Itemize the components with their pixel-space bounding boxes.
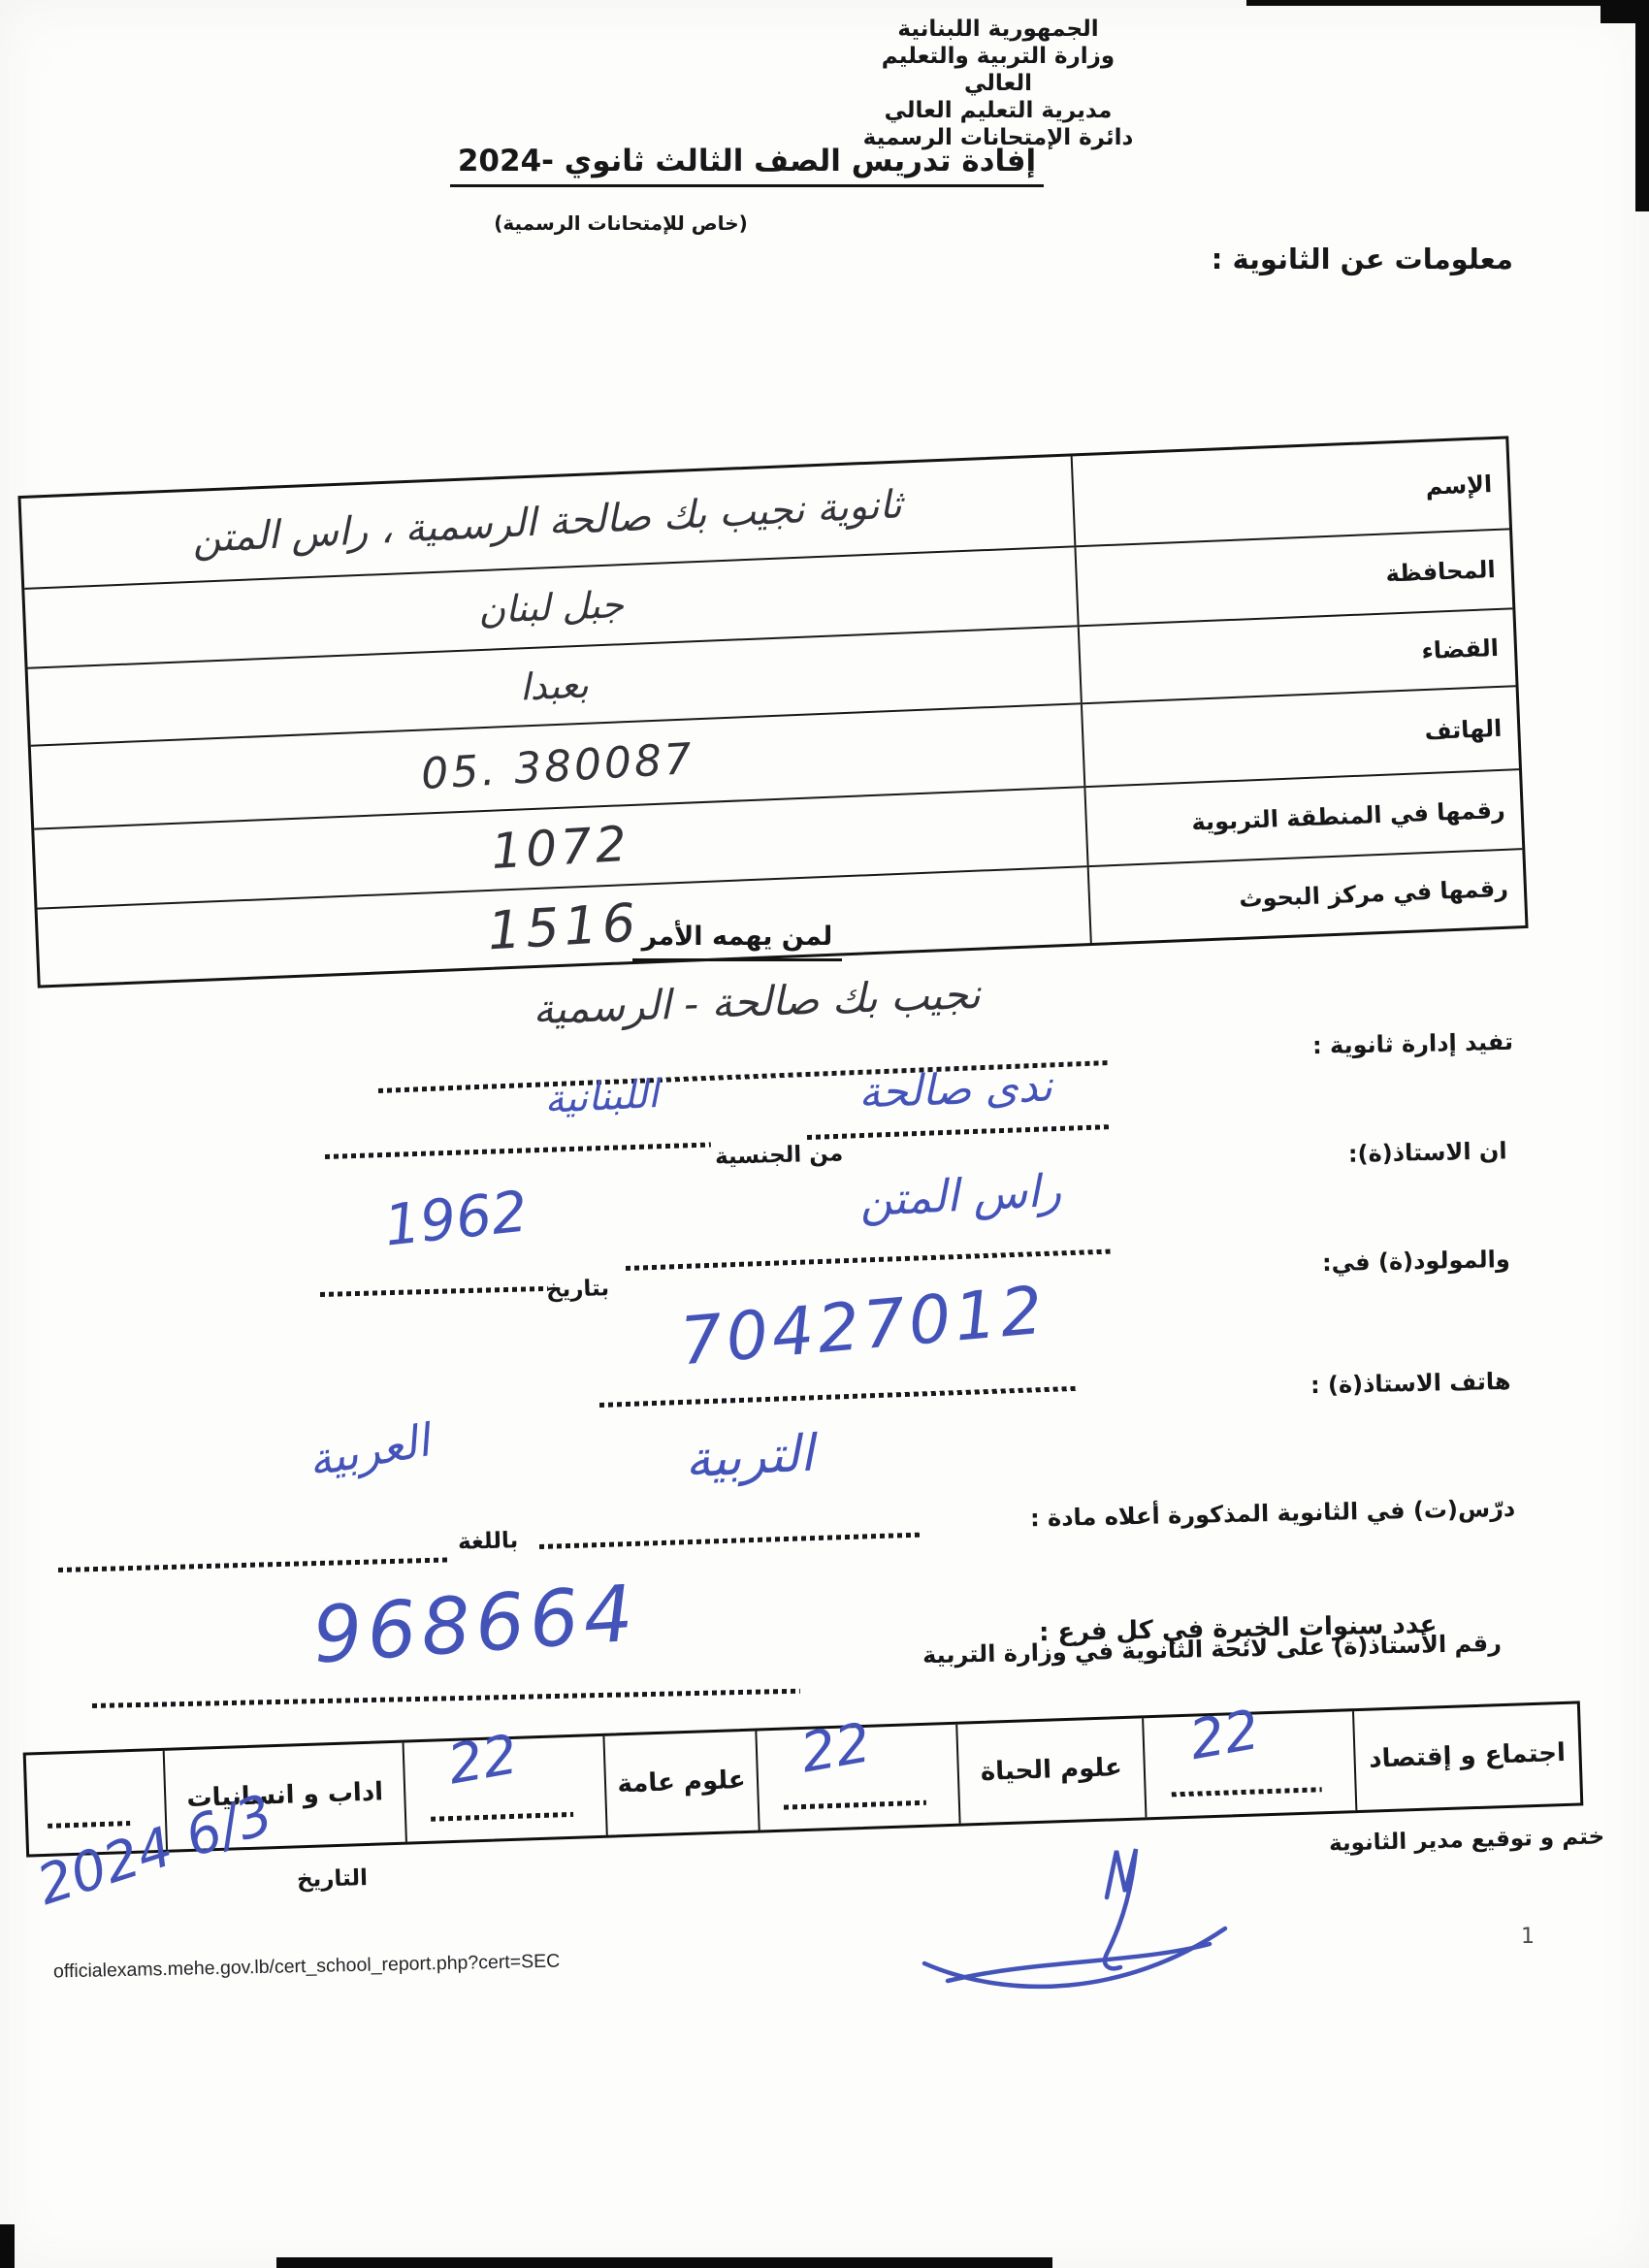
- handwritten-school-name: ثانوية نجيب بك صالحة الرسمية ، راس المتن: [192, 482, 903, 562]
- letterhead-line: مديرية التعليم العالي: [844, 97, 1152, 124]
- document-subtitle: (خاص للإمتحانات الرسمية): [291, 211, 951, 235]
- handwritten-school-admin: نجيب بك صالحة - الرسمية: [416, 966, 1096, 1037]
- government-letterhead: الجمهورية اللبنانية وزارة التربية والتعل…: [844, 16, 1152, 151]
- scan-artifact-right-bar: [1635, 0, 1649, 211]
- nationality-label: من الجنسية: [715, 1141, 844, 1169]
- footer-url: officialexams.mehe.gov.lb/cert_school_re…: [53, 1951, 561, 1984]
- dotted-line: [48, 1821, 130, 1829]
- scanned-document-page: الجمهورية اللبنانية وزارة التربية والتعل…: [0, 0, 1649, 2268]
- handwritten-birthplace: راس المتن: [833, 1162, 1087, 1228]
- dotted-line: [626, 1249, 1111, 1271]
- dotted-line: [431, 1812, 574, 1822]
- handwritten-teacher-name: ندى صالحة: [794, 1059, 1116, 1119]
- page-number: 1: [1521, 1925, 1535, 1949]
- letterhead-line: وزارة التربية والتعليم العالي: [844, 43, 1152, 97]
- handwritten-years-life-sciences: 22: [796, 1711, 875, 1785]
- stamp-signature-label: ختم و توقيع مدير الثانوية: [1329, 1824, 1605, 1856]
- document-title: إفادة تدريس الصف الثالث ثانوي -2024: [450, 144, 1044, 187]
- scan-artifact-bottom-bar: [276, 2257, 1052, 2268]
- row-label-phone: الهاتف: [1081, 687, 1519, 786]
- handwritten-years-general-sciences: 22: [443, 1723, 522, 1797]
- handwritten-district: بعبدا: [519, 664, 590, 709]
- handwritten-nationality: اللبنانية: [503, 1070, 699, 1124]
- handwritten-school-phone: 05. 380087: [419, 733, 695, 798]
- exp-value-life-sciences: 22: [755, 1725, 958, 1831]
- handwritten-birth-year: 1962: [361, 1176, 551, 1260]
- language-label: باللغة: [458, 1528, 519, 1555]
- row-label-research-center-number: رقمها في مركز البحوث: [1087, 850, 1526, 943]
- document-title-wrap: إفادة تدريس الصف الثالث ثانوي -2024: [291, 144, 1203, 187]
- handwritten-years-socio-economics: 22: [1185, 1699, 1264, 1772]
- exp-label-socio-economics: اجتماع و إقتصاد: [1352, 1704, 1580, 1811]
- concern-section-heading: لمن يهمه الأمر: [524, 922, 951, 961]
- subject-label: درّس(ت) في الثانوية المذكورة أعلاه مادة …: [1030, 1495, 1516, 1532]
- handwritten-district-office-number: 1072: [490, 816, 631, 880]
- date-label: التاريخ: [297, 1865, 369, 1893]
- handwritten-registry-number: 968664: [264, 1565, 686, 1684]
- teacher-label: ان الاستاذ(ة):: [1348, 1137, 1507, 1167]
- school-info-section-title: معلومات عن الثانوية :: [1212, 243, 1513, 275]
- exp-label-text: علوم الحياة: [980, 1754, 1122, 1788]
- dotted-line: [599, 1386, 1077, 1408]
- row-label-name: الإسم: [1071, 438, 1509, 545]
- handwritten-teacher-phone: 70427012: [632, 1269, 1093, 1385]
- dotted-line: [783, 1800, 926, 1810]
- school-admin-label: تفيد إدارة ثانوية :: [1312, 1028, 1514, 1059]
- dotted-line: [325, 1142, 711, 1158]
- dotted-line: [1171, 1787, 1321, 1797]
- letterhead-line: الجمهورية اللبنانية: [844, 16, 1152, 43]
- concern-heading-text: لمن يهمه الأمر: [632, 922, 843, 961]
- handwritten-governorate: جبل لبنان: [477, 583, 624, 632]
- birthdate-label: بتاريخ: [546, 1276, 610, 1303]
- school-info-table: الإسم ثانوية نجيب بك صالحة الرسمية ، راس…: [17, 436, 1528, 988]
- scan-artifact-bottom-left: [0, 2224, 15, 2268]
- handwritten-language: العربية: [269, 1408, 469, 1493]
- dotted-line: [320, 1286, 548, 1297]
- director-signature: [917, 1835, 1237, 2010]
- dotted-line: [58, 1557, 451, 1572]
- teacher-phone-label: هاتف الاستاذ(ة) :: [1309, 1368, 1510, 1399]
- exp-value-general-sciences: 22: [403, 1736, 606, 1842]
- exp-label-general-sciences: علوم عامة: [602, 1732, 758, 1835]
- exp-label-life-sciences: علوم الحياة: [955, 1718, 1145, 1823]
- scan-artifact-top-line: [1246, 0, 1649, 6]
- handwritten-subject: التربية: [571, 1418, 928, 1495]
- dotted-line: [807, 1124, 1111, 1140]
- exp-label-text: علوم عامة: [617, 1766, 746, 1799]
- exp-value-socio-economics: 22: [1142, 1711, 1355, 1817]
- exp-label-text: اجتماع و إقتصاد: [1369, 1739, 1567, 1775]
- birthplace-label: والمولود(ة) في:: [1322, 1246, 1510, 1277]
- dotted-line: [92, 1689, 800, 1708]
- dotted-line: [539, 1533, 922, 1549]
